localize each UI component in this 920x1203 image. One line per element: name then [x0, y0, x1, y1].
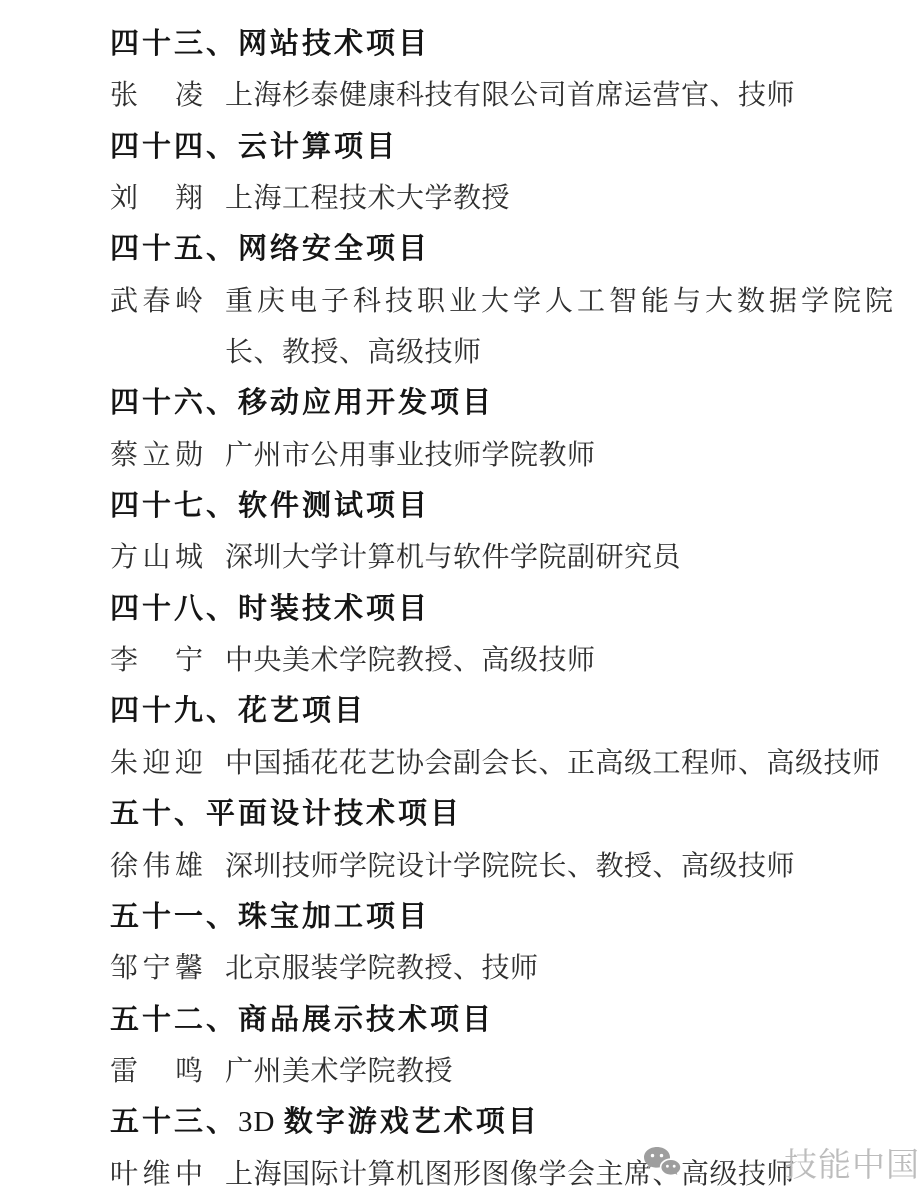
name-char: 迎: [175, 738, 203, 789]
entry-row: 武春岭重庆电子科技职业大学人工智能与大数据学院院长、教授、高级技师: [110, 276, 875, 379]
watermark-label: 技能中国: [784, 1147, 920, 1183]
entry-row: 雷鸣广州美术学院教授: [110, 1046, 875, 1097]
section-heading: 四十五、网络安全项目: [110, 224, 875, 275]
entry-row: 蔡立勋广州市公用事业技师学院教师: [110, 430, 875, 481]
entry-title-line: 上海杉泰健康科技有限公司首席运营官、技师: [225, 70, 875, 121]
name-char: 迎: [142, 738, 170, 789]
entry-row: 邹宁馨北京服装学院教授、技师: [110, 943, 875, 994]
name-char: 宁: [142, 943, 170, 994]
entry-row: 徐伟雄深圳技师学院设计学院院长、教授、高级技师: [110, 841, 875, 892]
name-char: 雷: [110, 1046, 138, 1097]
name-char: 方: [110, 532, 138, 583]
heading-latin-text: 3D: [238, 1106, 284, 1138]
name-char: 叶: [110, 1149, 138, 1200]
section-heading: 五十二、商品展示技术项目: [110, 995, 875, 1046]
name-char: 翔: [175, 173, 203, 224]
entry-row: 刘翔上海工程技术大学教授: [110, 173, 875, 224]
entry-title: 深圳技师学院设计学院院长、教授、高级技师: [203, 841, 875, 892]
name-char: 岭: [175, 276, 203, 327]
entry-name: 徐伟雄: [110, 841, 203, 892]
entry-title: 北京服装学院教授、技师: [203, 943, 875, 994]
entry-row: 张凌上海杉泰健康科技有限公司首席运营官、技师: [110, 70, 875, 121]
entry-title: 中央美术学院教授、高级技师: [203, 635, 875, 686]
entry-name: 叶维中: [110, 1149, 203, 1200]
name-char: 刘: [110, 173, 138, 224]
section-heading: 四十九、花艺项目: [110, 686, 875, 737]
entry-name: 李宁: [110, 635, 203, 686]
entry-title: 重庆电子科技职业大学人工智能与大数据学院院长、教授、高级技师: [203, 276, 897, 379]
name-char: 李: [110, 635, 138, 686]
name-char: 馨: [175, 943, 203, 994]
entry-title: 上海杉泰健康科技有限公司首席运营官、技师: [203, 70, 875, 121]
section-heading: 四十六、移动应用开发项目: [110, 378, 875, 429]
entry-name: 刘翔: [110, 173, 203, 224]
entry-name: 蔡立勋: [110, 430, 203, 481]
entry-title-line: 广州市公用事业技师学院教师: [225, 430, 875, 481]
name-char: 鸣: [175, 1046, 203, 1097]
section-heading: 五十三、3D 数字游戏艺术项目: [110, 1097, 875, 1148]
name-char: 雄: [175, 841, 203, 892]
entry-row: 叶维中上海国际计算机图形图像学会主席、高级技师: [110, 1149, 875, 1200]
entry-name: 朱迎迎: [110, 738, 203, 789]
entry-name: 邹宁馨: [110, 943, 203, 994]
wechat-icon-small-bubble: [661, 1159, 681, 1176]
section-heading: 四十四、云计算项目: [110, 122, 875, 173]
section-heading: 四十七、软件测试项目: [110, 481, 875, 532]
entry-title-line: 重庆电子科技职业大学人工智能与大数据学院院: [225, 276, 897, 327]
entry-title-line: 北京服装学院教授、技师: [225, 943, 875, 994]
name-char: 中: [175, 1149, 203, 1200]
wechat-icon: [643, 1146, 681, 1180]
entry-title-line: 长、教授、高级技师: [225, 327, 897, 378]
name-char: 武: [110, 276, 138, 327]
name-char: 勋: [175, 430, 203, 481]
entry-title-line: 上海工程技术大学教授: [225, 173, 875, 224]
name-char: 朱: [110, 738, 138, 789]
name-char: 凌: [175, 70, 203, 121]
entry-row: 方山城深圳大学计算机与软件学院副研究员: [110, 532, 875, 583]
section-heading: 四十八、时装技术项目: [110, 584, 875, 635]
entry-title-line: 中国插花花艺协会副会长、正高级工程师、高级技师: [225, 738, 881, 789]
name-char: 蔡: [110, 430, 138, 481]
entry-name: 张凌: [110, 70, 203, 121]
name-char: 邹: [110, 943, 138, 994]
document-body: 四十三、网站技术项目张凌上海杉泰健康科技有限公司首席运营官、技师四十四、云计算项…: [0, 0, 920, 1203]
name-char: 徐: [110, 841, 138, 892]
entry-title: 深圳大学计算机与软件学院副研究员: [203, 532, 875, 583]
section-heading: 五十、平面设计技术项目: [110, 789, 875, 840]
entry-title-line: 上海国际计算机图形图像学会主席、高级技师: [225, 1149, 875, 1200]
name-char: 春: [142, 276, 170, 327]
name-char: 立: [142, 430, 170, 481]
name-char: 宁: [175, 635, 203, 686]
name-char: 维: [142, 1149, 170, 1200]
entry-name: 武春岭: [110, 276, 203, 327]
section-heading: 五十一、珠宝加工项目: [110, 892, 875, 943]
entry-title-line: 深圳技师学院设计学院院长、教授、高级技师: [225, 841, 875, 892]
entry-title-line: 深圳大学计算机与软件学院副研究员: [225, 532, 875, 583]
name-char: 城: [175, 532, 203, 583]
entry-title: 中国插花花艺协会副会长、正高级工程师、高级技师: [203, 738, 881, 789]
name-char: 张: [110, 70, 138, 121]
entry-title-line: 广州美术学院教授: [225, 1046, 875, 1097]
page: { "page": { "background": "#ffffff", "bo…: [0, 0, 920, 1203]
name-char: 山: [142, 532, 170, 583]
entry-name: 方山城: [110, 532, 203, 583]
entry-name: 雷鸣: [110, 1046, 203, 1097]
name-char: 伟: [142, 841, 170, 892]
section-heading: 四十三、网站技术项目: [110, 19, 875, 70]
entry-row: 朱迎迎中国插花花艺协会副会长、正高级工程师、高级技师: [110, 738, 875, 789]
entry-row: 李宁中央美术学院教授、高级技师: [110, 635, 875, 686]
entry-title-line: 中央美术学院教授、高级技师: [225, 635, 875, 686]
entry-title: 广州市公用事业技师学院教师: [203, 430, 875, 481]
entry-title: 上海工程技术大学教授: [203, 173, 875, 224]
entry-title: 广州美术学院教授: [203, 1046, 875, 1097]
entry-title: 上海国际计算机图形图像学会主席、高级技师: [203, 1149, 875, 1200]
